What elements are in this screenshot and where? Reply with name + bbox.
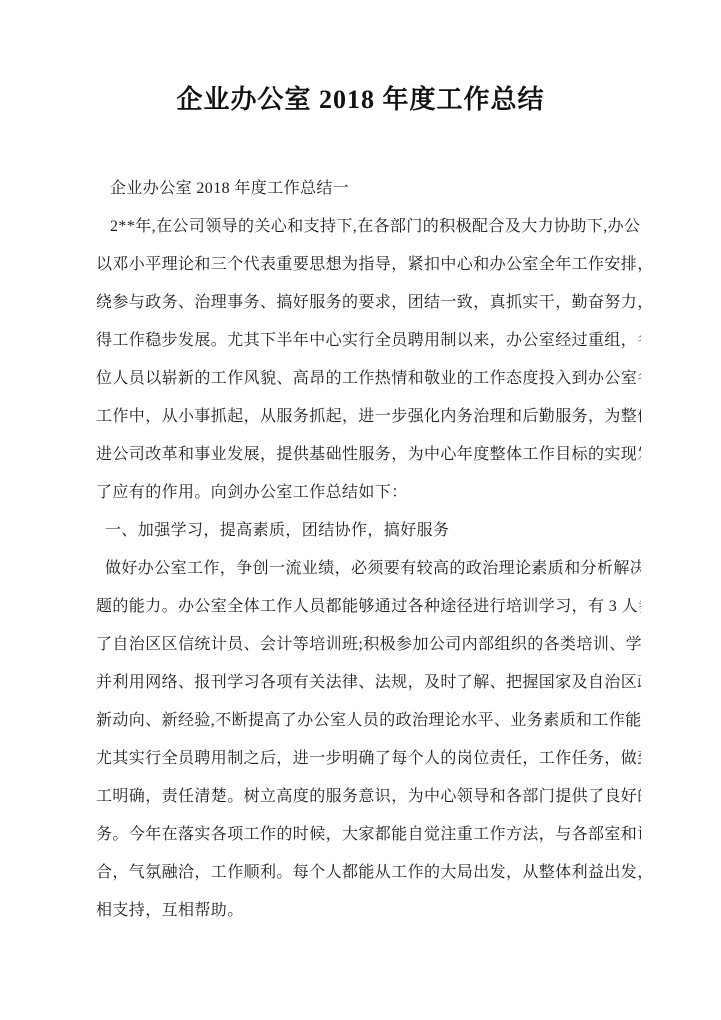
text-line: 务。今年在落实各项工作的时候，大家都能自觉注重工作方法，与各部室和谐配 — [96, 816, 641, 854]
text-line: 了自治区区信统计员、会计等培训班;积极参加公司内部组织的各类培训、学习， — [96, 626, 641, 664]
text-line: 得工作稳步发展。尤其下半年中心实行全员聘用制以来，办公室经过重组，各岗 — [96, 322, 641, 360]
text-line: 2**年,在公司领导的关心和支持下,在各部门的积极配合及大力协助下,办公室 — [96, 208, 641, 246]
document-page: 企业办公室 2018 年度工作总结 企业办公室 2018 年度工作总结一 2**… — [0, 0, 721, 1020]
text-line: 以邓小平理论和三个代表重要思想为指导，紧扣中心和办公室全年工作安排，围 — [96, 246, 641, 284]
text-line: 相支持，互相帮助。 — [96, 892, 641, 930]
text-line: 进公司改革和事业发展，提供基础性服务，为中心年度整体工作目标的实现发挥 — [96, 436, 641, 474]
text-line: 一、加强学习，提高素质，团结协作，搞好服务 — [96, 512, 641, 550]
text-line: 企业办公室 2018 年度工作总结一 — [96, 170, 641, 208]
document-title: 企业办公室 2018 年度工作总结 — [0, 0, 721, 118]
paragraph: 做好办公室工作，争创一流业绩，必须要有较高的政治理论素质和分析解决问 题的能力。… — [96, 550, 641, 930]
text-line: 新动向、新经验,不断提高了办公室人员的政治理论水平、业务素质和工作能力。 — [96, 702, 641, 740]
paragraph: 2**年,在公司领导的关心和支持下,在各部门的积极配合及大力协助下,办公室 以邓… — [96, 208, 641, 512]
text-line: 题的能力。办公室全体工作人员都能够通过各种途径进行培训学习，有 3 人参加 — [96, 588, 641, 626]
paragraph: 企业办公室 2018 年度工作总结一 — [96, 170, 641, 208]
text-line: 合，气氛融洽，工作顺利。每个人都能从工作的大局出发，从整体利益出发，互 — [96, 854, 641, 892]
text-line: 绕参与政务、治理事务、搞好服务的要求，团结一致，真抓实干，勤奋努力，使 — [96, 284, 641, 322]
text-line: 位人员以崭新的工作风貌、高昂的工作热情和敬业的工作态度投入到办公室各项 — [96, 360, 641, 398]
text-line: 做好办公室工作，争创一流业绩，必须要有较高的政治理论素质和分析解决问 — [96, 550, 641, 588]
text-line: 并利用网络、报刊学习各项有关法律、法规，及时了解、把握国家及自治区政策 — [96, 664, 641, 702]
text-line: 尤其实行全员聘用制之后，进一步明确了每个人的岗位责任，工作任务，做到分 — [96, 740, 641, 778]
document-body: 企业办公室 2018 年度工作总结一 2**年,在公司领导的关心和支持下,在各部… — [96, 170, 641, 930]
section-heading: 一、加强学习，提高素质，团结协作，搞好服务 — [96, 512, 641, 550]
text-line: 工明确，责任清楚。树立高度的服务意识，为中心领导和各部门提供了良好的服 — [96, 778, 641, 816]
text-line: 工作中，从小事抓起，从服务抓起，进一步强化内务治理和后勤服务，为整体推 — [96, 398, 641, 436]
text-line: 了应有的作用。向剑办公室工作总结如下： — [96, 474, 641, 512]
